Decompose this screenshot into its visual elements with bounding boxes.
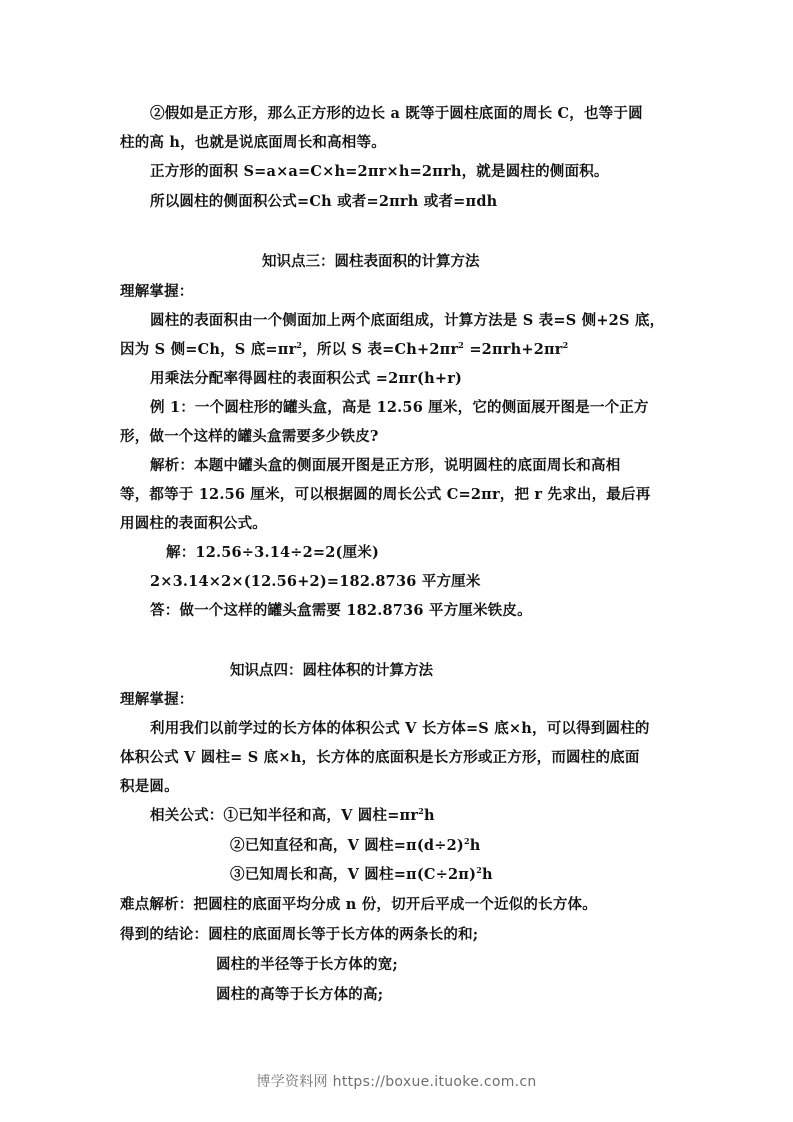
conclusion-line: 得到的结论：圆柱的底面周长等于长方体的两条长的和; [120,925,478,945]
formula-line: 相关公式：①已知半径和高，V 圆柱=πr2h [150,806,435,826]
formula-text: ②已知直径和高，V 圆柱=π(d÷2) [230,837,464,854]
document-page: ②假如是正方形，那么正方形的边长 a 既等于圆柱底面的周长 C，也等于圆 柱的高… [0,0,793,1122]
paragraph-line: 圆柱的表面积由一个侧面加上两个底面组成，计算方法是 S 表=S 侧+2S 底， [150,311,664,331]
paragraph-line: 用乘法分配率得圆柱的表面积公式 =2πr(h+r) [150,369,462,389]
example-line: 形，做一个这样的罐头盒需要多少铁皮? [120,427,379,447]
analysis-line: 解析：本题中罐头盒的侧面展开图是正方形，说明圆柱的底面周长和高相 [150,456,620,476]
section-label: 理解掌握： [120,690,194,710]
section-heading-surface-area: 知识点三：圆柱表面积的计算方法 [262,252,480,272]
difficulty-line: 难点解析：把圆柱的底面平均分成 n 份，切开后平成一个近似的长方体。 [120,895,597,915]
formula-text: h [424,807,435,824]
solution-line: 2×3.14×2×(12.56+2)=182.8736 平方厘米 [150,572,481,592]
formula-text: 相关公式：①已知半径和高，V 圆柱=πr [150,807,418,824]
paragraph-line: 所以圆柱的侧面积公式=Ch 或者=2πrh 或者=πdh [150,192,497,212]
conclusion-line: 圆柱的高等于长方体的高; [216,985,383,1005]
formula-line: ③已知周长和高，V 圆柱=π(C÷2π)2h [230,865,493,885]
formula-text: h [470,837,481,854]
section-label: 理解掌握： [120,282,194,302]
paragraph-line: 柱的高 h，也就是说底面周长和高相等。 [120,133,386,153]
formula-line: 因为 S 侧=Ch，S 底=πr2，所以 S 表=Ch+2πr2 =2πrh+2… [120,340,568,360]
example-line: 例 1：一个圆柱形的罐头盒，高是 12.56 厘米，它的侧面展开图是一个正方 [150,398,649,418]
formula-text: =2πrh+2πr [464,341,563,358]
paragraph-line: ②假如是正方形，那么正方形的边长 a 既等于圆柱底面的周长 C，也等于圆 [150,104,643,124]
answer-line: 答：做一个这样的罐头盒需要 182.8736 平方厘米铁皮。 [150,601,532,621]
exponent: 2 [563,340,569,350]
formula-text: h [482,866,493,883]
section-heading-volume: 知识点四：圆柱体积的计算方法 [230,661,433,681]
footer-watermark: 博学资料网 https://boxue.ituoke.com.cn [0,1071,793,1091]
paragraph-line: 利用我们以前学过的长方体的体积公式 V 长方体=S 底×h，可以得到圆柱的 [150,719,650,739]
formula-text: 因为 S 侧=Ch，S 底=πr [120,341,296,358]
solution-line: 解：12.56÷3.14÷2=2(厘米) [166,543,379,563]
formula-text: ，所以 S 表=Ch+2πr [302,341,458,358]
formula-text: ③已知周长和高，V 圆柱=π(C÷2π) [230,866,476,883]
formula-line: ②已知直径和高，V 圆柱=π(d÷2)2h [230,836,481,856]
paragraph-line: 积是圆。 [120,777,179,797]
analysis-line: 等，都等于 12.56 厘米，可以根据圆的周长公式 C=2πr，把 r 先求出，… [120,485,650,505]
paragraph-line: 正方形的面积 S=a×a=C×h=2πr×h=2πrh，就是圆柱的侧面积。 [150,162,609,182]
paragraph-line: 体积公式 V 圆柱= S 底×h，长方体的底面积是长方形或正方形，而圆柱的底面 [120,748,640,768]
conclusion-line: 圆柱的半径等于长方体的宽; [216,955,398,975]
analysis-line: 用圆柱的表面积公式。 [120,514,267,534]
